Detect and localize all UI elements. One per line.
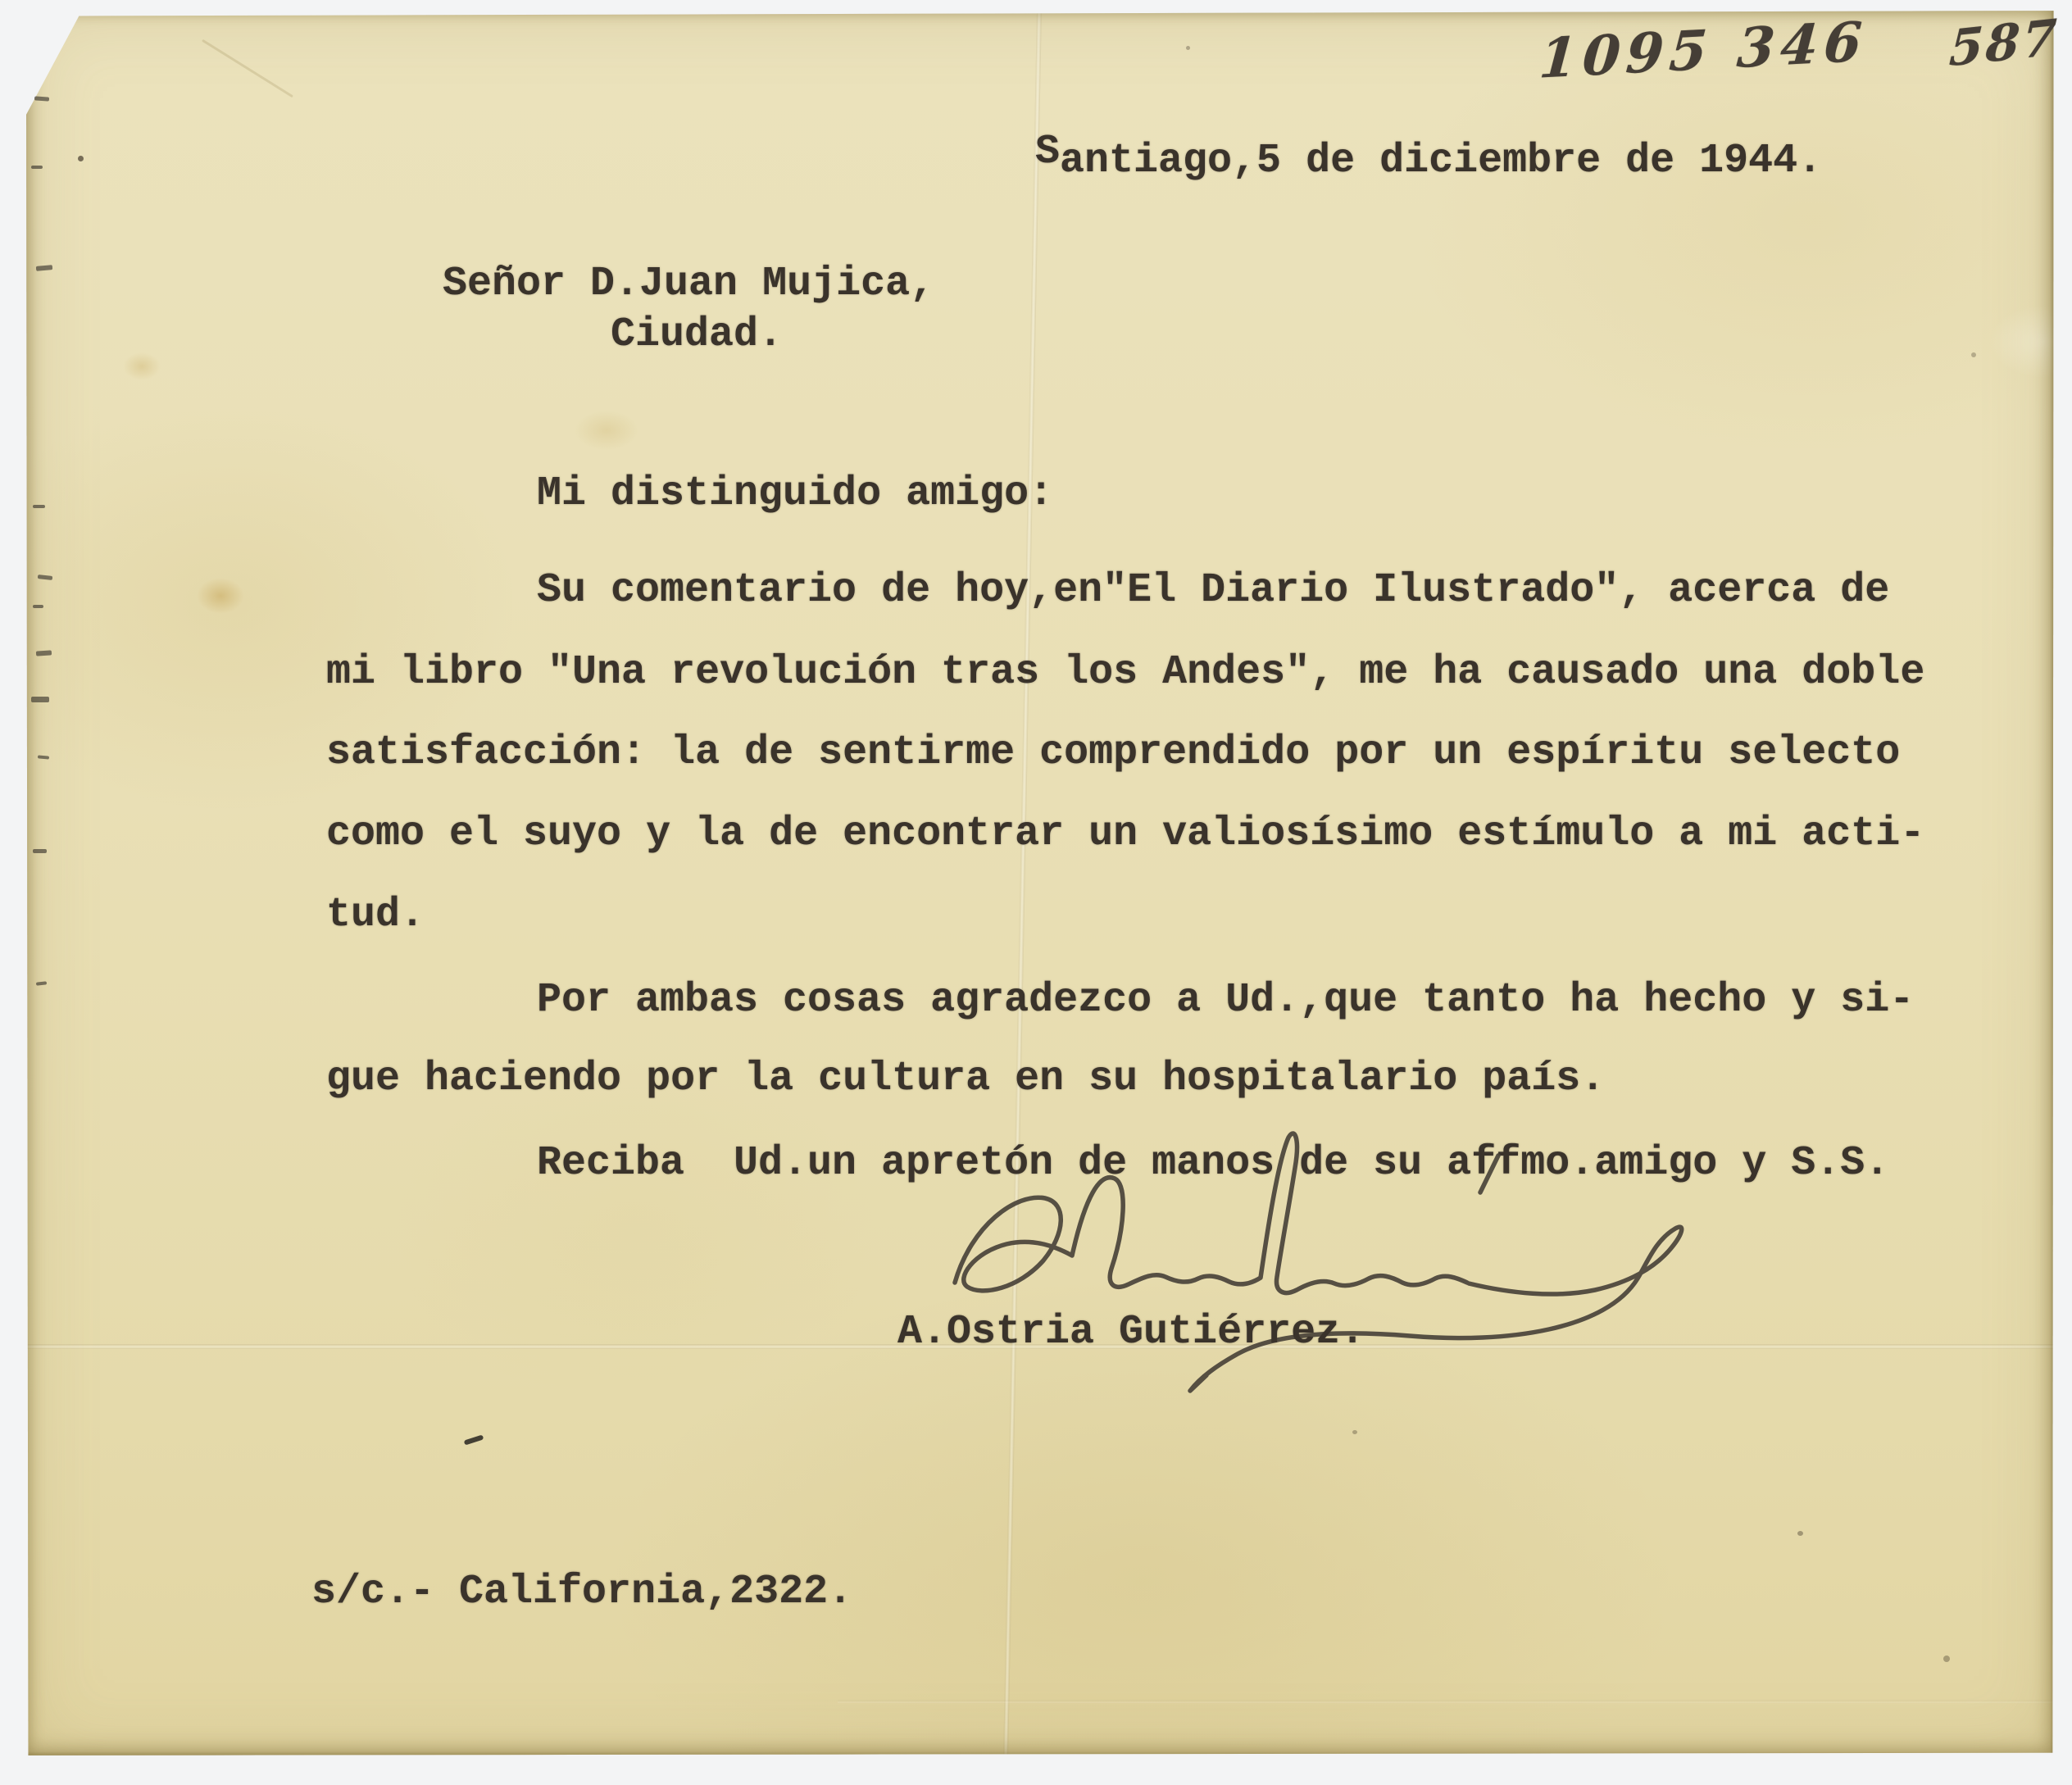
- staple-mark: [31, 697, 49, 702]
- staple-mark: [33, 505, 45, 508]
- signature-handwriting: [885, 1147, 1803, 1410]
- dateline: Santiago,5 de diciembre de 1944.: [1035, 141, 1822, 182]
- ink-speck: [1352, 1430, 1357, 1434]
- dateline-text: antiago,5 de diciembre de 1944.: [1060, 138, 1822, 184]
- paper-vignette: [26, 10, 2056, 1757]
- scanned-letter-page: 1095 346 587 Santiago,5 de diciembre de …: [0, 0, 2072, 1785]
- body-line: Por ambas cosas agradezco a Ud.,que tant…: [537, 980, 1914, 1021]
- recipient-city: Ciudad.: [611, 315, 783, 356]
- ink-speck: [1186, 46, 1190, 50]
- ink-speck: [1943, 1656, 1950, 1662]
- body-line: satisfacción: la de sentirme comprendido…: [326, 733, 1900, 774]
- ink-speck: [78, 156, 84, 161]
- reference-note: s/c.- California,2322.: [311, 1572, 852, 1613]
- salutation: Mi distinguido amigo:: [537, 474, 1053, 515]
- paper-edge-shadow-right: [2050, 10, 2056, 1757]
- staple-mark: [33, 605, 43, 608]
- staple-mark: [33, 849, 47, 853]
- edge-crease: [1989, 305, 2072, 379]
- body-line: tud.: [326, 895, 425, 936]
- handwritten-number-right: 587: [1948, 9, 2061, 79]
- body-line: gue haciendo por la cultura en su hospit…: [326, 1059, 1605, 1100]
- staple-mark: [31, 166, 43, 169]
- paper-edge-shadow-bottom: [26, 1751, 2056, 1757]
- body-line: como el suyo y la de encontrar un valios…: [326, 814, 1924, 855]
- body-line: Su comentario de hoy,en"El Diario Ilustr…: [537, 570, 1889, 611]
- body-line: mi libro "Una revolución tras los Andes"…: [326, 652, 1924, 693]
- vertical-fold-crease: [1003, 10, 1042, 1757]
- letter-paper: [26, 10, 2056, 1757]
- ink-speck: [1971, 352, 1976, 357]
- dateline-raised-letter: S: [1035, 129, 1060, 175]
- typed-signature-name: A.Ostria Gutiérrez.: [897, 1312, 1365, 1353]
- corner-crease: [202, 39, 293, 98]
- faint-bottom-crease: [838, 1700, 2056, 1703]
- recipient-name: Señor D.Juan Mujica,: [443, 264, 934, 305]
- ink-speck: [1797, 1531, 1803, 1536]
